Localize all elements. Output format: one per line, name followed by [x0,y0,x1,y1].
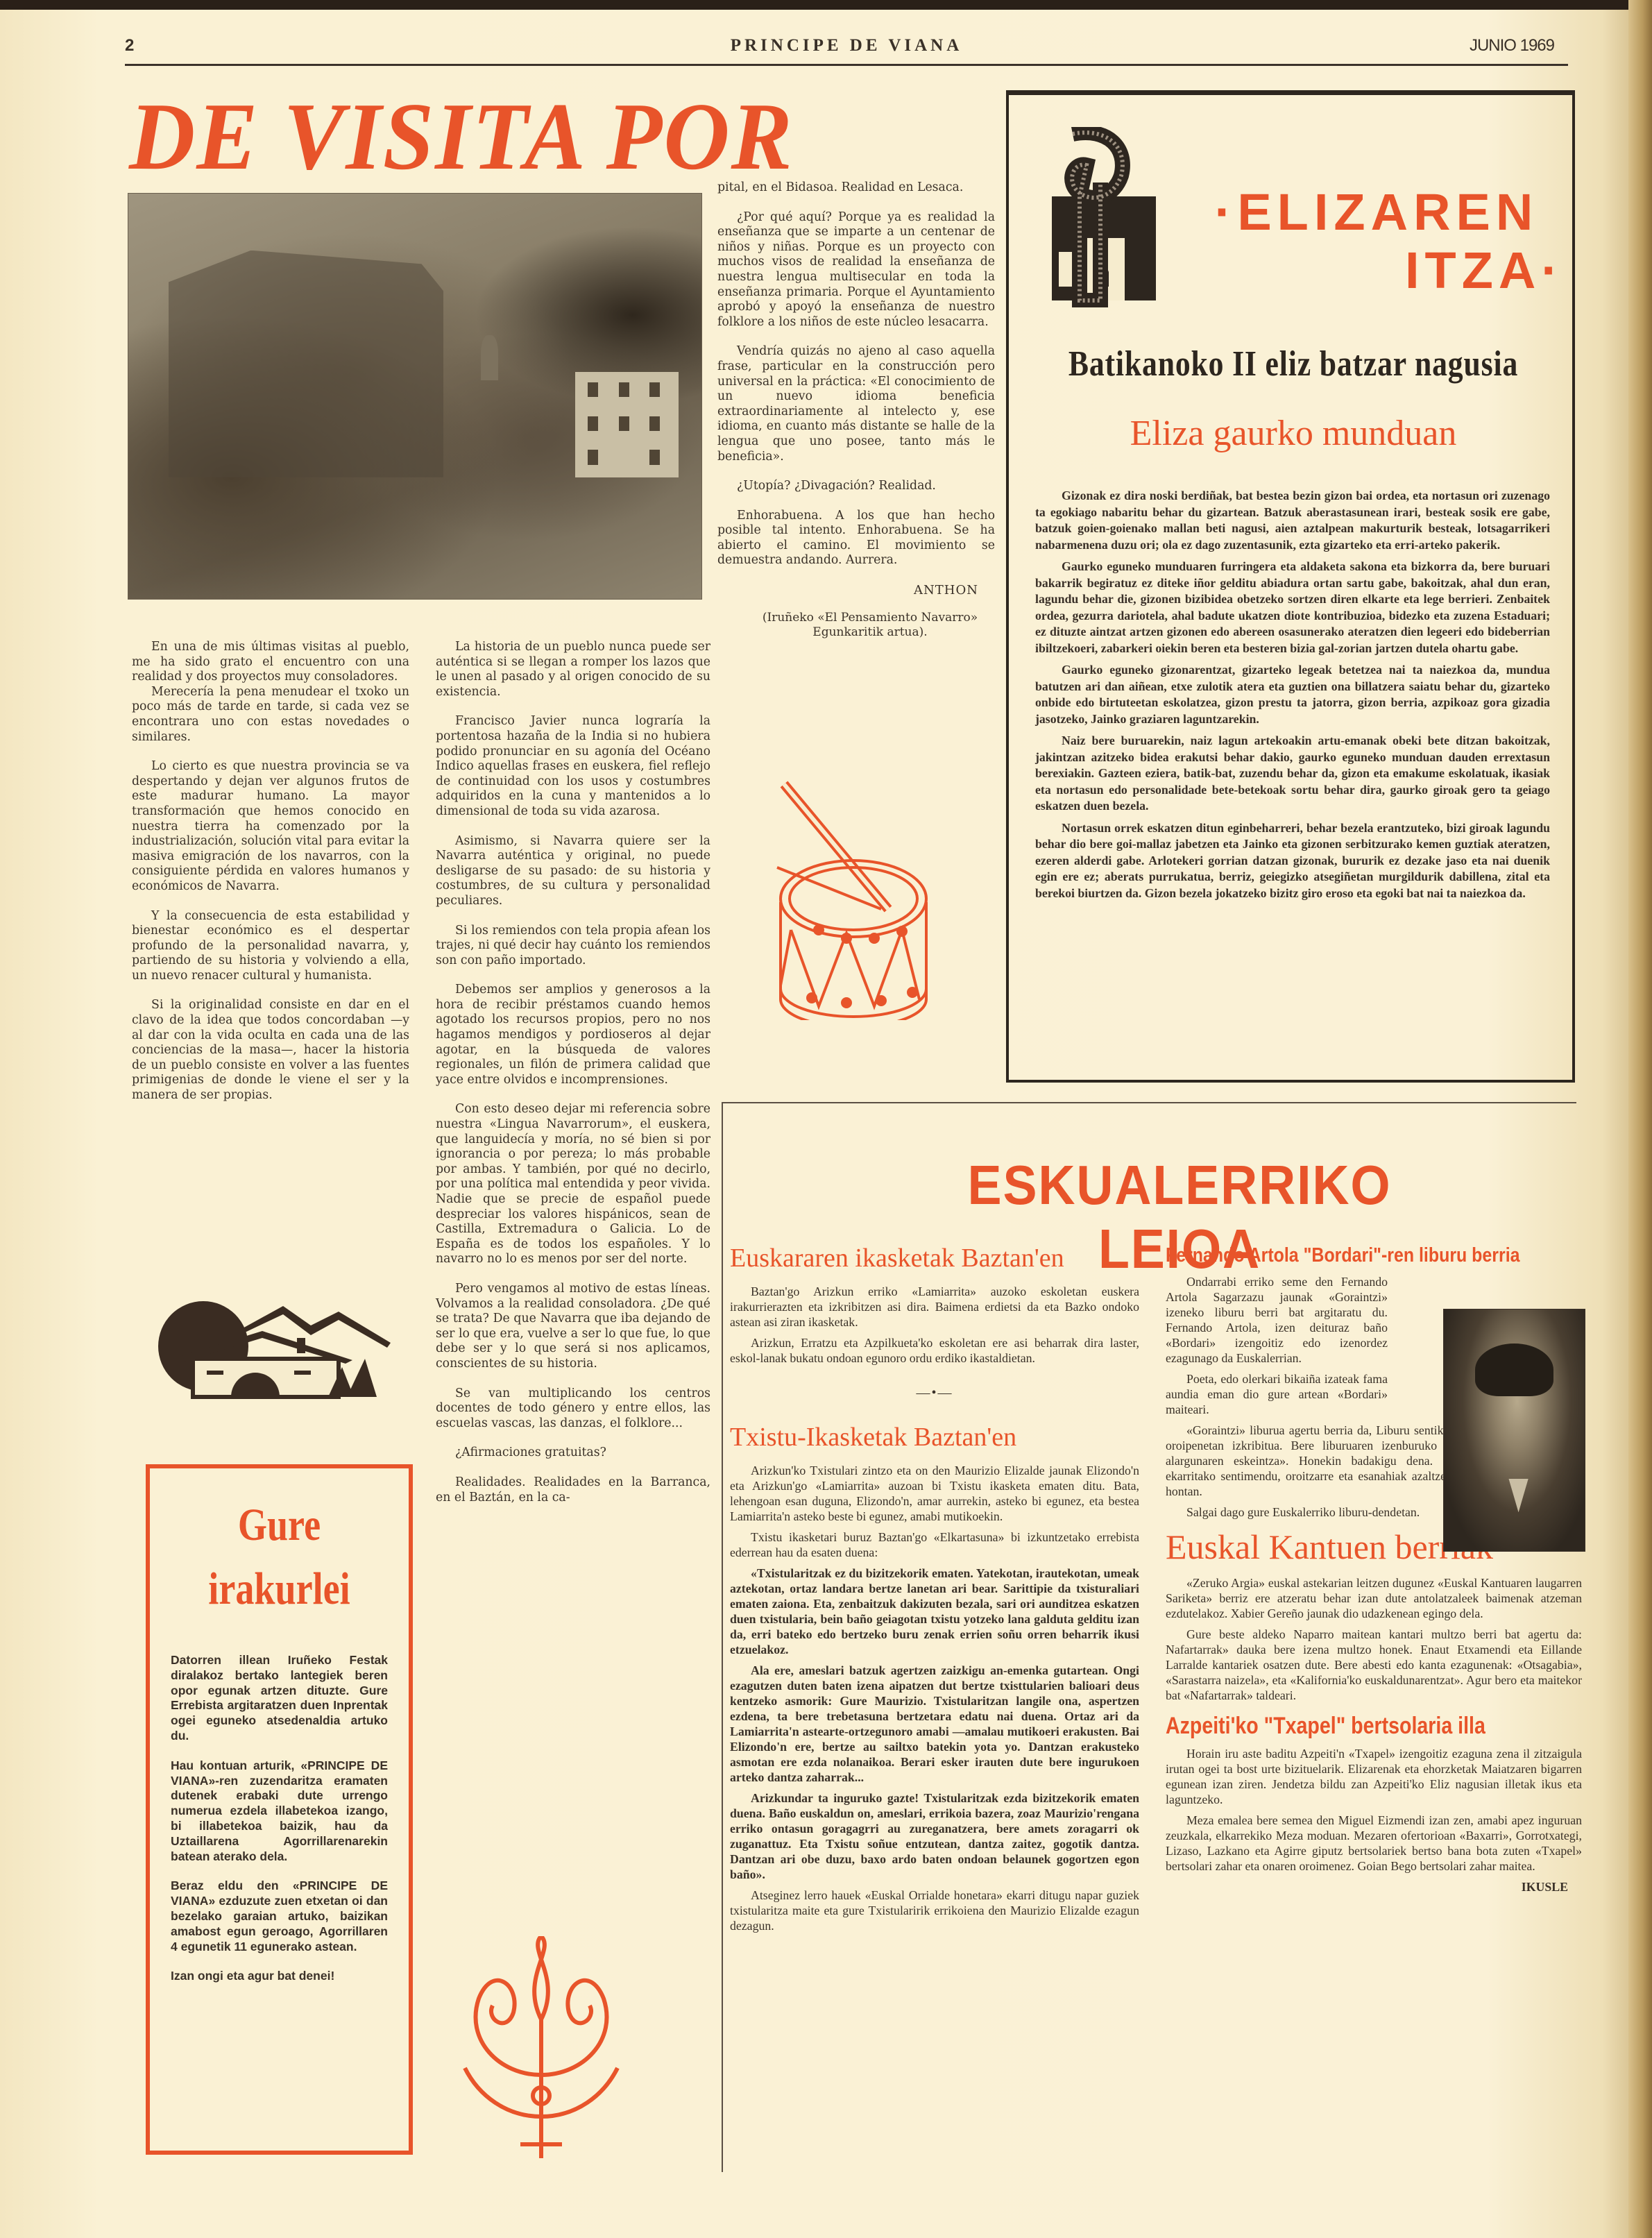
paragraph: Horain iru aste baditu Azpeiti'n «Txapel… [1166,1746,1582,1807]
article-column-2: La historia de un pueblo nunca puede ser… [436,640,710,1520]
paragraph: ¿Utopía? ¿Divagación? Realidad. [717,479,995,494]
paragraph: «Zeruko Argia» euskal astekarian leitzen… [1166,1575,1582,1621]
paragraph: Si la originalidad consiste en dar en el… [132,998,409,1103]
paragraph: En una de mis últimas visitas al pueblo,… [132,640,409,685]
council-subheading: Eliza gaurko munduan [1023,413,1564,454]
separator: —•— [730,1385,1139,1400]
paragraph: Debemos ser amplios y generosos a la hor… [436,983,710,1087]
lesaca-tower-photo [128,193,702,600]
binding-spine [1628,0,1652,2238]
council-heading: Batikanoko II eliz batzar nagusia [1066,344,1520,384]
paragraph: Vendría quizás no ajeno al caso aquella … [717,344,995,464]
paragraph: Lo cierto es que nuestra provincia se va… [132,759,409,894]
notice-title: Gure irakurlei [190,1493,368,1621]
paragraph: Pero vengamos al motivo de estas líneas.… [436,1282,710,1372]
farmhouse-illustration-icon [151,1298,394,1402]
running-header: 2 PRINCIPE DE VIANA JUNIO 1969 [125,36,1568,60]
elizaren-itza-box: ·ELIZAREN ITZA· Batikanoko II eliz batza… [1006,90,1575,1083]
author-signature: ANTHON [717,583,995,598]
church-initial-logo-icon [1045,127,1159,307]
artola-text: Ondarrabi erriko seme den Fernando Artol… [1166,1274,1388,1417]
article-title: Euskararen ikasketak Baztan'en [730,1242,1139,1274]
article-column-1: En una de mis últimas visitas al pueblo,… [132,640,409,1118]
paragraph: Se van multiplicando los centros docente… [436,1387,710,1432]
paragraph: Txistu ikasketari buruz Baztan'go «Elkar… [730,1529,1139,1560]
source-credit: (Iruñeko «El Pensamiento Navarro» Egunka… [717,611,995,641]
paragraph: Merecería la pena menudear el txoko un p… [132,685,409,745]
paragraph: Meza emalea bere semea den Miguel Eizmen… [1166,1813,1582,1874]
paragraph: Arizkun'ko Txistulari zintzo eta on den … [730,1463,1139,1524]
belfry-shape [481,335,498,380]
paragraph: Baztan'go Arizkun erriko «Lamiarrita» au… [730,1284,1139,1330]
building-shape [575,372,679,477]
paragraph: Asimismo, si Navarra quiere ser la Navar… [436,834,710,909]
paragraph: Enhorabuena. A los que han hecho posible… [717,509,995,568]
paragraph: Naiz bere buruarekin, naiz lagun artekoa… [1035,733,1550,815]
paragraph: ¿Por qué aquí? Porque ya es realidad la … [717,210,995,330]
issue-date: JUNIO 1969 [1470,36,1554,56]
article-title: Azpeiti'ko "Txapel" bertsolaria illa [1166,1710,1515,1742]
tower-shape [169,251,443,477]
quoted-paragraph: Ala ere, ameslari batzuk agertzen zaizki… [730,1663,1139,1785]
elizaren-title: ·ELIZAREN [1189,183,1564,241]
notice-body: Datorren illean Iruñeko Festak diralakoz… [171,1653,388,1984]
fernando-artola-portrait [1443,1309,1585,1552]
paragraph: Ondarrabi erriko seme den Fernando Artol… [1166,1274,1388,1366]
paragraph: Hau kontuan arturik, «PRINCIPE DE VIANA»… [171,1758,388,1865]
publication-title: PRINCIPE DE VIANA [125,36,1568,56]
article-title: Txistu-Ikasketak Baztan'en [730,1421,1139,1453]
article-column-3: pital, en el Bidasoa. Realidad en Lesaca… [717,180,995,641]
paragraph: Si los remiendos con tela propia afean l… [436,924,710,969]
portrait-collar [1508,1479,1528,1513]
paragraph: ¿Afirmaciones gratuitas? [436,1446,710,1461]
paragraph: Y la consecuencia de esta estabilidad y … [132,909,409,984]
drum-and-txistu-icon [770,777,930,1020]
paragraph: Atseginez lerro hauek «Euskal Orrialde h… [730,1888,1139,1933]
paragraph: Datorren illean Iruñeko Festak diralakoz… [171,1653,388,1744]
paragraph: Izan ongi eta agur bat denei! [171,1969,388,1984]
quoted-paragraph: «Txistularitzak ez du bizitzekorik emate… [730,1566,1139,1657]
paragraph: Poeta, edo olerkari bikaiña izateak fama… [1166,1371,1388,1417]
readers-notice-box: Gure irakurlei Datorren illean Iruñeko F… [146,1464,413,2155]
paragraph: pital, en el Bidasoa. Realidad en Lesaca… [717,180,995,196]
header-rule [125,64,1568,66]
paragraph: La historia de un pueblo nunca puede ser… [436,640,710,700]
council-body: Gizonak ez dira noski berdiñak, bat best… [1035,488,1550,907]
column-divider [722,1103,723,2172]
paragraph: Nortasun orrek eskatzen ditun eginbeharr… [1035,820,1550,902]
fleur-ornament-icon [437,1936,645,2165]
paragraph: Francisco Javier nunca lograría la porte… [436,714,710,819]
paragraph: Con esto deseo dejar mi referencia sobre… [436,1102,710,1267]
section-divider [722,1102,1576,1103]
scan-top-edge [0,0,1652,10]
quoted-paragraph: Arizkundar ta inguruko gazte! Txistulari… [730,1790,1139,1882]
portrait-hair [1475,1343,1554,1397]
paragraph: Arizkun, Erratzu eta Azpilkueta'ko eskol… [730,1335,1139,1366]
paragraph: Gizonak ez dira noski berdiñak, bat best… [1035,488,1550,553]
basque-news-left-column: Euskararen ikasketak Baztan'en Baztan'go… [730,1242,1139,1939]
paragraph: Gaurko eguneko munduaren furringera eta … [1035,559,1550,656]
paragraph: Realidades. Realidades en la Barranca, e… [436,1475,710,1505]
author-signature: IKUSLE [1166,1879,1582,1894]
itza-title: ITZA· [1383,241,1564,300]
paragraph: Beraz eldu den «PRINCIPE DE VIANA» ezduz… [171,1879,388,1954]
paragraph: Gure beste aldeko Naparro maitean kantar… [1166,1627,1582,1703]
newspaper-page: 2 PRINCIPE DE VIANA JUNIO 1969 DE VISITA… [0,0,1652,2238]
paragraph: Gaurko eguneko gizonarentzat, gizarteko … [1035,662,1550,727]
article-title: Fernando Artola "Bordari"-ren liburu ber… [1166,1242,1524,1269]
